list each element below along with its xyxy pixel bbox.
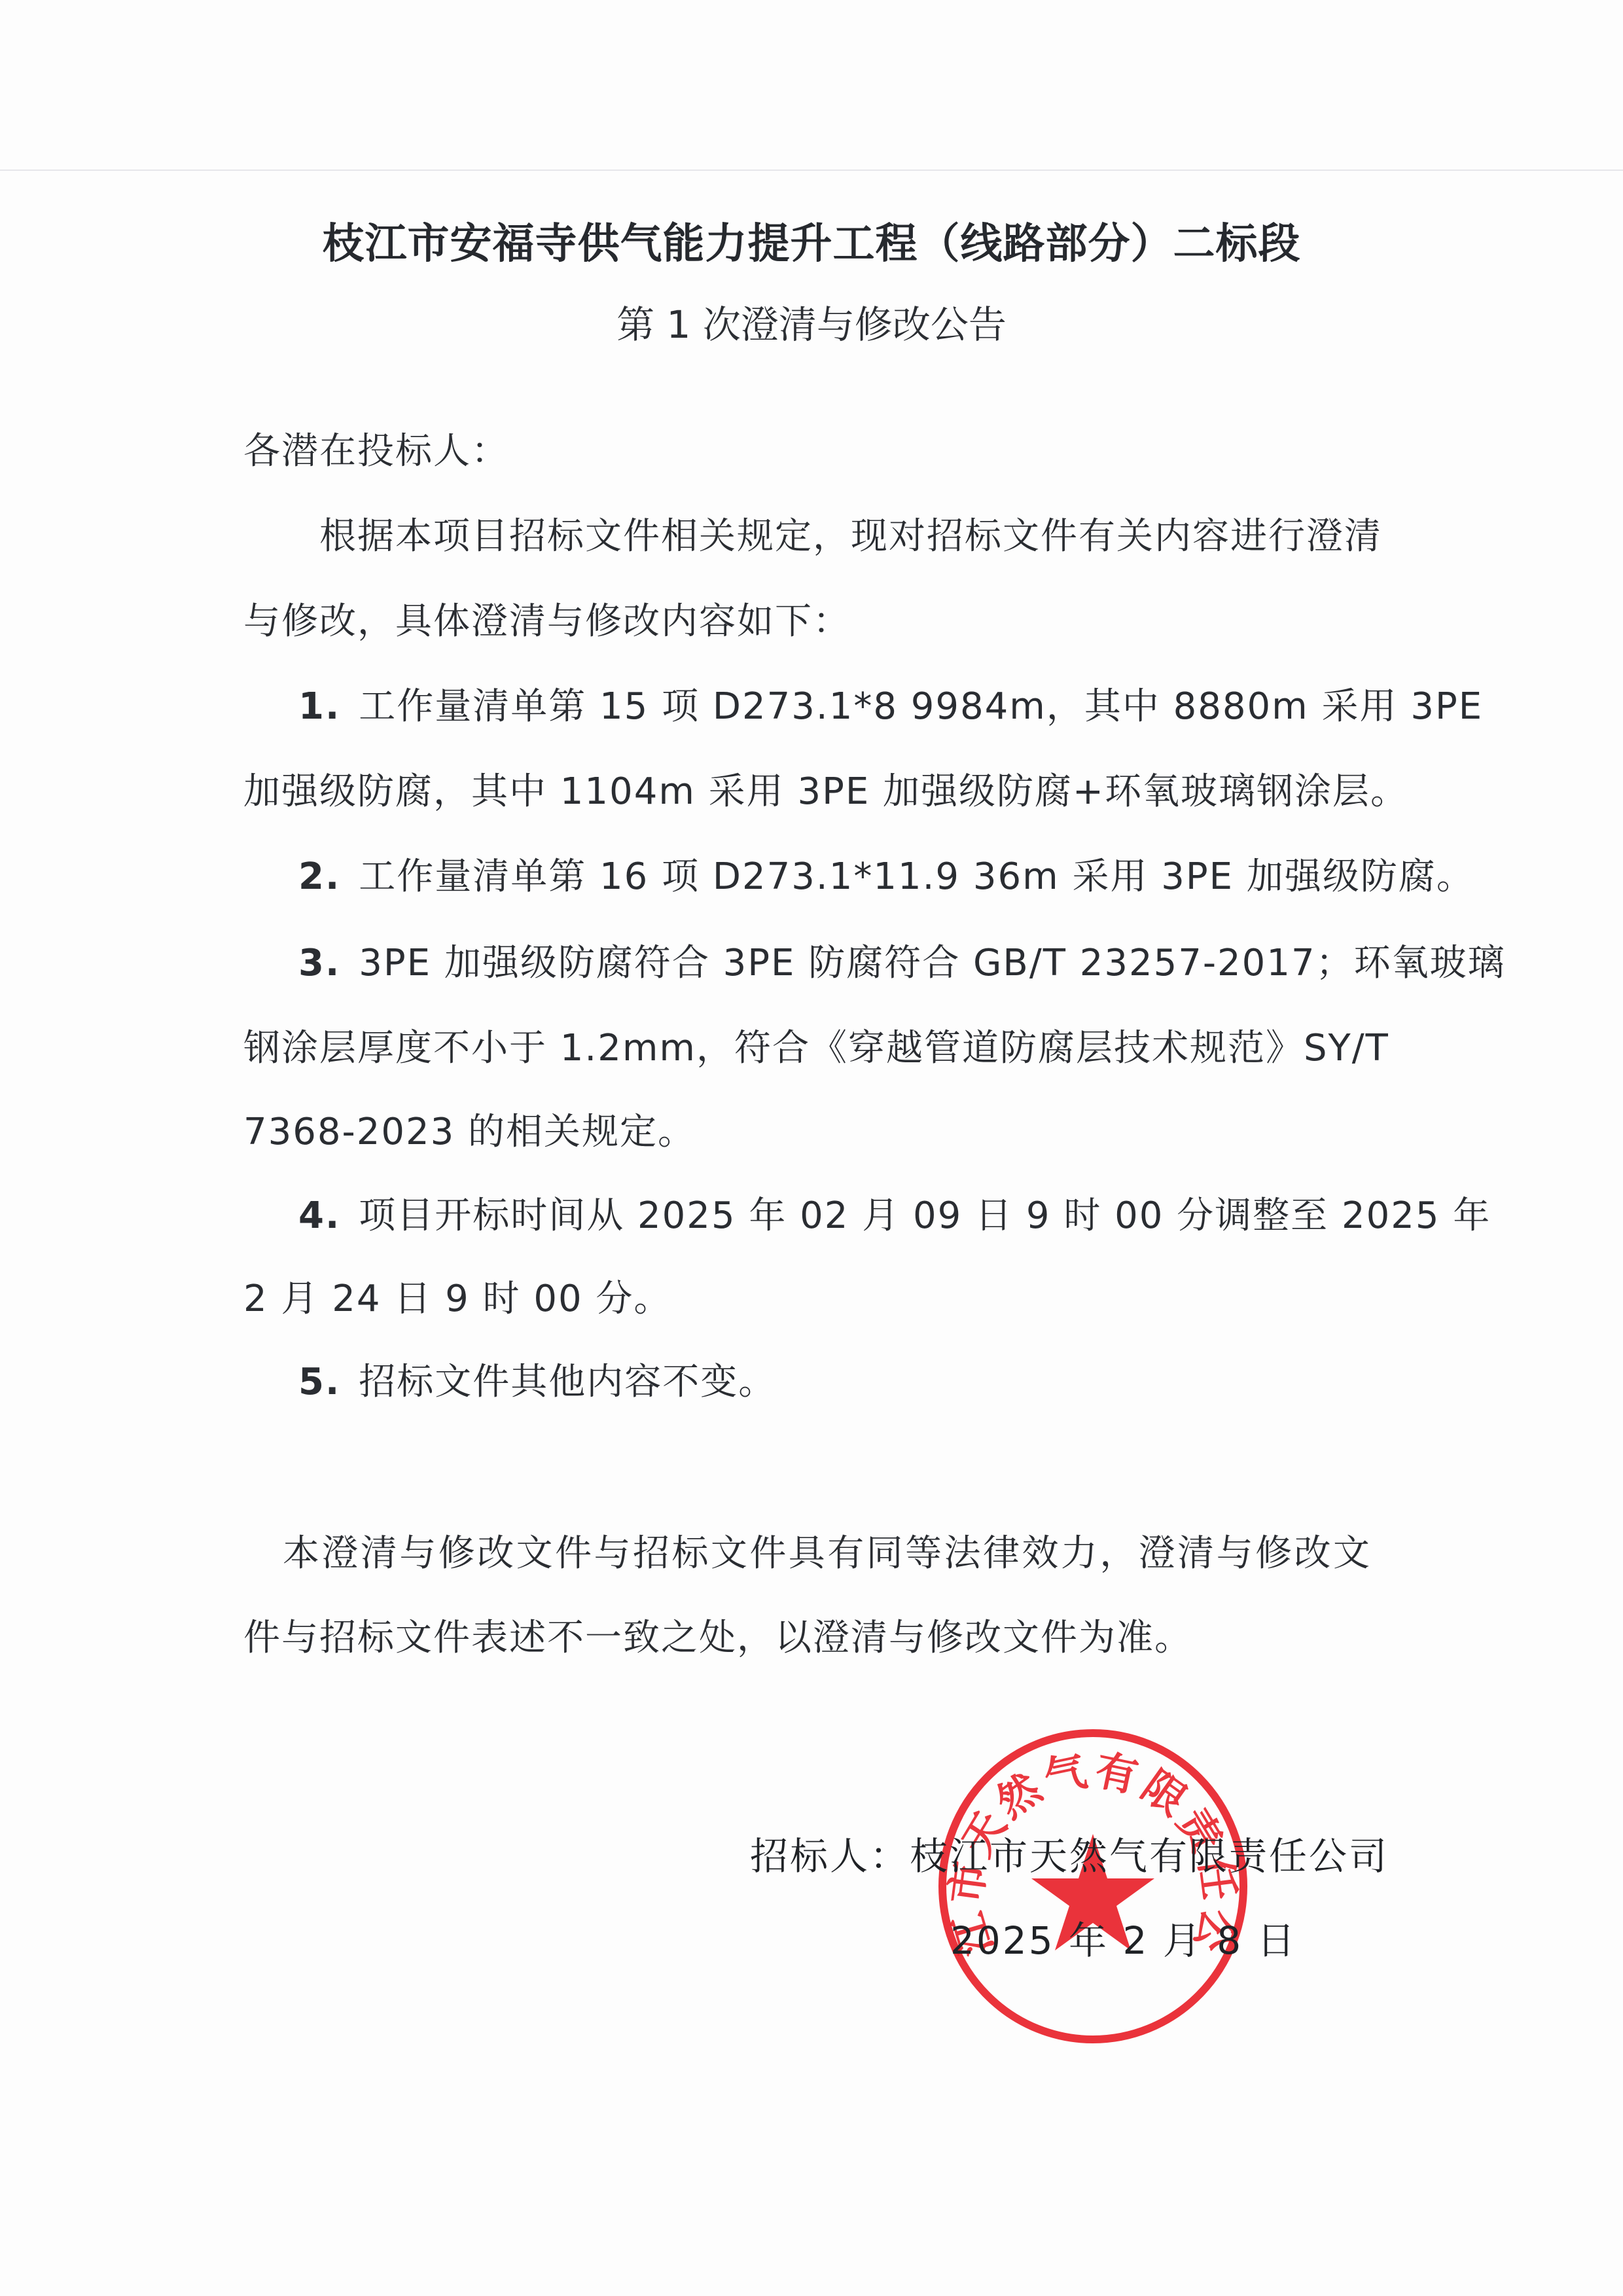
list-item-1: 1.工作量清单第 15 项 D273.1*8 9984m，其中 8880m 采用… [298, 681, 1372, 733]
item-text: 工作量清单第 15 项 D273.1*8 9984m，其中 8880m 采用 3… [359, 685, 1483, 728]
intro-line-2: 与修改，具体澄清与修改内容如下： [243, 596, 1376, 648]
list-item-5: 5.招标文件其他内容不变。 [298, 1356, 1372, 1408]
item-number: 2. [298, 855, 340, 898]
list-item-3: 3.3PE 加强级防腐符合 3PE 防腐符合 GB/T 23257-2017；环… [298, 937, 1372, 990]
item-text: 工作量清单第 16 项 D273.1*11.9 36m 采用 3PE 加强级防腐… [359, 855, 1474, 898]
company-seal: 枝江市天然气有限责任公司 [936, 1729, 1250, 2043]
issuer-label: 招标人： [750, 1834, 910, 1878]
intro-line-1: 根据本项目招标文件相关规定，现对招标文件有关内容进行澄清 [319, 511, 1371, 563]
item-number: 1. [298, 685, 340, 728]
document-page: 枝江市安福寺供气能力提升工程（线路部分）二标段 第 1 次澄清与修改公告 各潜在… [0, 0, 1623, 2296]
item-text: 3PE 加强级防腐符合 3PE 防腐符合 GB/T 23257-2017；环氧玻… [359, 942, 1505, 984]
closing-line-1: 本澄清与修改文件与招标文件具有同等法律效力，澄清与修改文 [283, 1528, 1371, 1580]
list-item-3-continued-1: 钢涂层厚度不小于 1.2mm，符合《穿越管道防腐层技术规范》SY/T [243, 1022, 1376, 1075]
item-text: 项目开标时间从 2025 年 02 月 09 日 9 时 00 分调整至 202… [359, 1194, 1491, 1237]
list-item-4: 4.项目开标时间从 2025 年 02 月 09 日 9 时 00 分调整至 2… [298, 1190, 1372, 1242]
item-number: 3. [298, 942, 340, 984]
item-text: 招标文件其他内容不变。 [359, 1361, 776, 1403]
issue-date: 2025 年 2 月 8 日 [950, 1914, 1297, 1967]
issuer-line: 招标人：枝江市天然气有限责任公司 [750, 1830, 1389, 1882]
list-item-1-continued: 加强级防腐，其中 1104m 采用 3PE 加强级防腐+环氧玻璃钢涂层。 [243, 766, 1376, 818]
document-title: 枝江市安福寺供气能力提升工程（线路部分）二标段 [0, 218, 1623, 270]
list-item-3-continued-2: 7368-2023 的相关规定。 [243, 1106, 1376, 1158]
scan-edge-line [0, 170, 1623, 171]
closing-line-2: 件与招标文件表述不一致之处，以澄清与修改文件为准。 [243, 1612, 1376, 1664]
issuer-organization: 枝江市天然气有限责任公司 [910, 1834, 1389, 1878]
list-item-2: 2.工作量清单第 16 项 D273.1*11.9 36m 采用 3PE 加强级… [298, 851, 1372, 903]
document-subtitle: 第 1 次澄清与修改公告 [0, 298, 1623, 351]
salutation: 各潜在投标人： [243, 425, 1376, 478]
item-number: 5. [298, 1361, 340, 1403]
list-item-4-continued: 2 月 24 日 9 时 00 分。 [243, 1273, 1376, 1325]
item-number: 4. [298, 1194, 340, 1237]
